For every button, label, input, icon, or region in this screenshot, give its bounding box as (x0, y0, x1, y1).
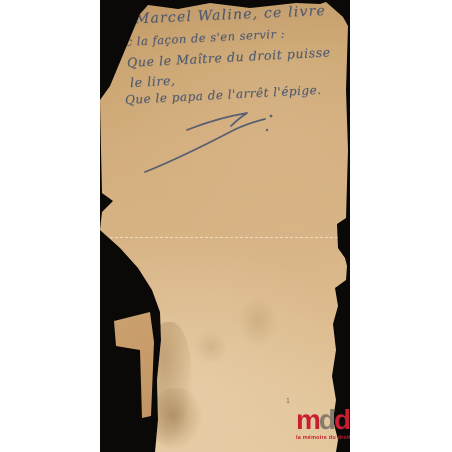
paper-sheet: À Marcel Waline, ce livre avec la façon … (100, 0, 350, 452)
bookseller-logo: mdd la mémoire du droit (296, 406, 350, 442)
signature-flourish (125, 100, 285, 180)
logo-tagline: la mémoire du droit (296, 435, 350, 442)
scan-background: À Marcel Waline, ce livre avec la façon … (100, 0, 350, 452)
logo-word: mdd (296, 404, 349, 435)
page-number-mark: 1 (286, 398, 290, 405)
photo-backdrop: À Marcel Waline, ce livre avec la façon … (0, 0, 452, 452)
fold-perforation-line (105, 237, 343, 238)
logo-letter-d1: d (319, 404, 334, 435)
handwriting-line-1: À Marcel Waline, ce livre (118, 3, 327, 28)
logo-letter-m: m (296, 404, 319, 435)
handwriting-line-2: avec la façon de s'en servir : (104, 27, 286, 50)
stain (150, 388, 202, 450)
handwriting-line-4: le lire, (130, 73, 176, 90)
stain (194, 330, 228, 364)
stain (238, 296, 278, 346)
logo-letter-d2: d (334, 404, 349, 435)
handwriting-line-3: Que le Maître du droit puisse (127, 44, 331, 70)
